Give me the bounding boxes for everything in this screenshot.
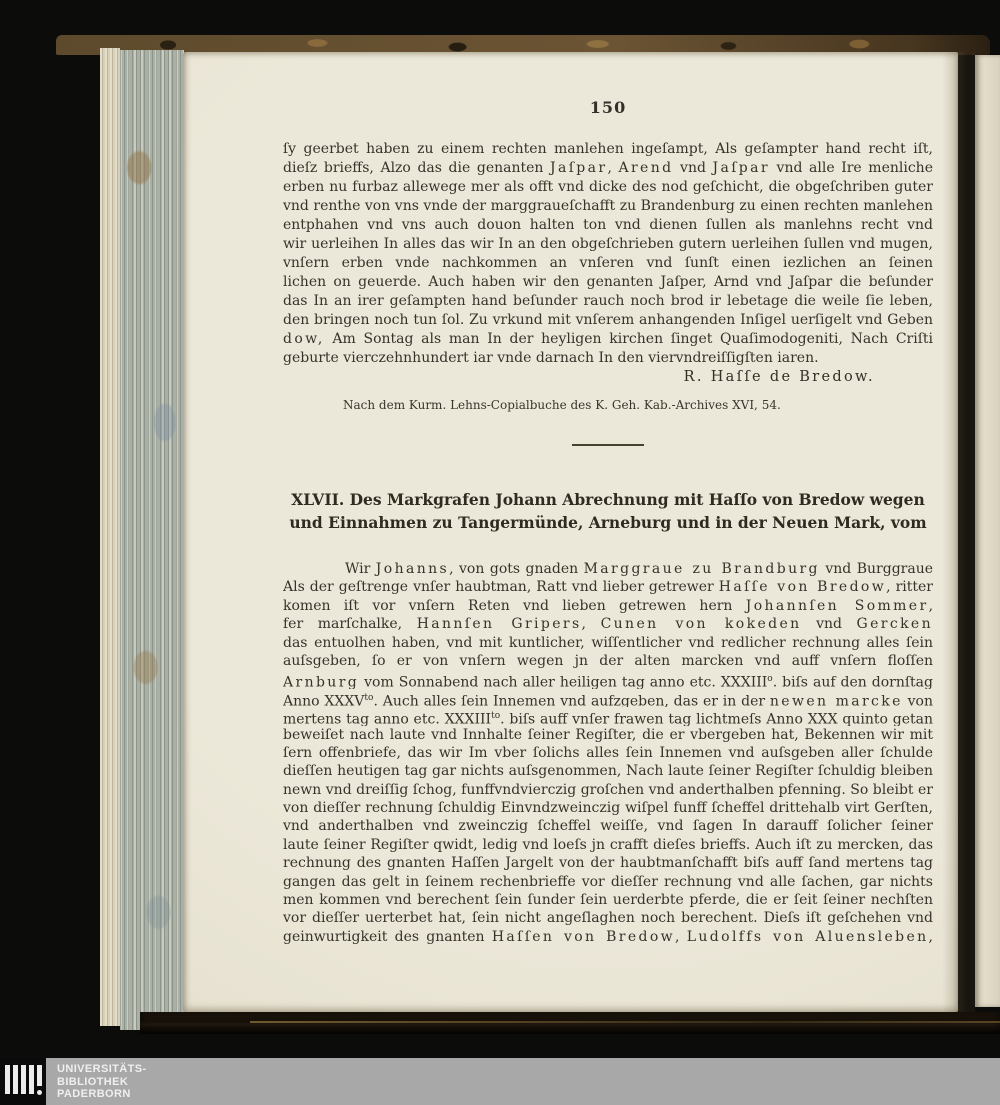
footer-banner: UNIVERSITÄTS- BIBLIOTHEK PADERBORN <box>0 1058 1000 1105</box>
text-line: das entuolhen haben, vnd mit kuntlicher,… <box>283 634 933 652</box>
text-segment: , von gots gnaden <box>449 561 584 577</box>
text-segment: laute ſeiner Regiſter qwidt, ledig vnd l… <box>283 837 933 854</box>
text-line: Wir Johanns, von gots gnaden Marggraue z… <box>283 560 933 578</box>
text-line: das In an irer geſampten hand beſunder r… <box>283 292 933 311</box>
logo-dot <box>37 1090 42 1095</box>
spaced-name-text: dow, <box>283 331 325 347</box>
source-note: Nach dem Kurm. Lehns-Copialbuche des K. … <box>343 398 933 414</box>
text-segment: ſy geerbet haben zu einem rechten manleh… <box>283 141 933 159</box>
text-line: ſy geerbet haben zu einem rechten manleh… <box>283 140 933 159</box>
text-segment: erben nu furbaz allewege mer als offt vn… <box>283 179 933 197</box>
spaced-name-text: Johanns <box>376 561 449 577</box>
text-segment: newn vnd dreiſſig ſchog, funffvndvierczi… <box>283 782 933 799</box>
text-line: gangen das gelt in ſeinem rechenbrieffe … <box>283 873 933 891</box>
text-segment: ſern offenbriefe, das wir Im vber ſolich… <box>283 745 933 762</box>
text-segment: vor dieſſer uerterbet hat, ſein nicht an… <box>283 910 933 927</box>
text-segment: , <box>675 929 687 945</box>
text-line: rechnung des gnanten Haſſen Jargelt von … <box>283 854 933 872</box>
text-line: lichen on geuerde. Auch haben wir den ge… <box>283 273 933 292</box>
text-segment: geburte vierczehnhundert iar vnde darnac… <box>283 350 819 366</box>
book-bottom-edge <box>140 1012 1000 1034</box>
spaced-name-text: Cunen von kokeden <box>601 616 802 632</box>
library-name-line: PADERBORN <box>57 1088 147 1101</box>
superscript-text: to <box>491 711 500 721</box>
text-line: entphahen vnd vns auch douon halten ton … <box>283 216 933 235</box>
logo-bar <box>13 1065 18 1094</box>
text-line: Als der geſtrenge vnſer haubtman, Ratt v… <box>283 578 933 596</box>
text-segment: vnd <box>802 616 857 632</box>
text-line: dieſz brieffs, Alzo das die genanten Jaſ… <box>283 159 933 178</box>
page-stack-edge-cream <box>100 48 120 1026</box>
text-segment: men kommen vnd berechent ſein ſunder ſei… <box>283 892 933 909</box>
text-line: men kommen vnd berechent ſein ſunder ſei… <box>283 891 933 909</box>
text-line: wir uerleihen In alles das wir In an den… <box>283 235 933 254</box>
text-segment: rechnung des gnanten Haſſen Jargelt von … <box>283 855 933 872</box>
spaced-name-text: Arend <box>618 160 673 176</box>
spaced-name-text: Hannſen Gripers <box>417 616 582 632</box>
text-line: erben nu furbaz allewege mer als offt vn… <box>283 178 933 197</box>
text-segment: vom Sonnabend nach aller heiligen tag an… <box>359 675 767 689</box>
text-line: vnſern erben vnde nachkommen an vnſeren … <box>283 254 933 273</box>
text-segment: den bringen noch tun ſol. Zu vrkund mit … <box>283 312 933 330</box>
text-line: geburte vierczehnhundert iar vnde darnac… <box>283 349 933 368</box>
page-number: 150 <box>283 98 933 118</box>
text-line: vnd renthe von vns vnde der marggraueſch… <box>283 197 933 216</box>
spaced-name-text: Marggraue zu Brandburg <box>584 561 820 577</box>
text-segment: XLVII. Des Markgrafen Johann Abrechnung … <box>291 490 925 511</box>
text-line: den bringen noch tun ſol. Zu vrkund mit … <box>283 311 933 330</box>
spaced-name-text: Haſſen von Bredow <box>492 929 675 945</box>
spaced-name-text: Haſſe von Bredow <box>719 579 886 595</box>
library-name: UNIVERSITÄTS- BIBLIOTHEK PADERBORN <box>57 1063 147 1101</box>
library-logo-icon <box>5 1065 43 1099</box>
text-line: dieſſen heutigen tag gar nichts auſsgeno… <box>283 762 933 780</box>
text-line: dow, Am Sontag als man In der heyligen k… <box>283 330 933 349</box>
text-segment: . Auch alles ſein Innemen vnd aufzgeben,… <box>373 693 769 707</box>
text-segment: , <box>607 160 618 176</box>
text-column: 150 ſy geerbet haben zu einem rechten ma… <box>283 98 933 946</box>
library-name-line: BIBLIOTHEK <box>57 1076 147 1089</box>
text-segment: das In an irer geſampten hand beſunder r… <box>283 293 933 311</box>
text-segment: entphahen vnd vns auch douon halten ton … <box>283 217 933 235</box>
book-cover-marbled-edge <box>58 44 102 1034</box>
text-segment: fer marſchalke, <box>283 616 417 632</box>
text-line: XLVII. Des Markgrafen Johann Abrechnung … <box>283 488 933 511</box>
text-line: vnd anderthalben vnd zweinczig ſcheffel … <box>283 817 933 835</box>
logo-bar <box>37 1065 42 1086</box>
text-line: geinwurtigkeit des gnanten Haſſen von Br… <box>283 928 933 946</box>
library-name-line: UNIVERSITÄTS- <box>57 1063 147 1076</box>
text-segment: komen iſt vor vnſern Reten vnd lieben ge… <box>283 598 746 614</box>
spaced-name-text: Jaſpar <box>713 160 770 176</box>
signature-line: R. Haſſe de Bredow. <box>283 369 933 389</box>
text-line: newn vnd dreiſſig ſchog, funffvndvierczi… <box>283 781 933 799</box>
gutter-crease-shadow <box>942 52 975 1012</box>
text-line: von dieſſer rechnung ſchuldig Einvndzwei… <box>283 799 933 817</box>
text-line: und Einnahmen zu Tangermünde, Arneburg u… <box>283 511 933 534</box>
text-line: beweiſet nach laute vnd Innhalte ſeiner … <box>283 726 933 744</box>
spaced-name-text: Arnburg <box>283 675 359 689</box>
section-divider-rule <box>572 444 644 446</box>
text-line: Anno XXXVto. Auch alles ſein Innemen vnd… <box>283 689 933 707</box>
text-line: fer marſchalke, Hannſen Gripers, Cunen v… <box>283 615 933 633</box>
text-line: ſern offenbriefe, das wir Im vber ſolich… <box>283 744 933 762</box>
text-segment: Anno XXXV <box>283 693 364 707</box>
section-heading: XLVII. Des Markgrafen Johann Abrechnung … <box>283 488 933 534</box>
text-line: auſsgeben, ſo er von vnſern wegen jn der… <box>283 652 933 670</box>
logo-bar <box>21 1065 26 1094</box>
text-segment: Als der geſtrenge vnſer haubtman, Ratt v… <box>283 579 719 595</box>
spaced-name-text: Jaſpar <box>550 160 607 176</box>
text-segment: vnd anderthalben vnd zweinczig ſcheffel … <box>283 818 933 835</box>
paragraph-continuation: ſy geerbet haben zu einem rechten manleh… <box>283 140 933 368</box>
text-segment: auſsgeben, ſo er von vnſern wegen jn der… <box>283 653 933 669</box>
text-line: Arnburg vom Sonnabend nach aller heilige… <box>283 670 933 688</box>
text-segment: beweiſet nach laute vnd Innhalte ſeiner … <box>283 727 933 744</box>
page-stack-edge-marbled <box>120 50 184 1030</box>
text-segment: und Einnahmen zu Tangermünde, Arneburg u… <box>289 513 926 534</box>
paragraph-main: Wir Johanns, von gots gnaden Marggraue z… <box>283 560 933 946</box>
text-line: komen iſt vor vnſern Reten vnd lieben ge… <box>283 597 933 615</box>
text-segment: dieſſen heutigen tag gar nichts auſsgeno… <box>283 763 933 780</box>
text-segment: dieſz brieffs, Alzo das die genanten <box>283 160 550 176</box>
text-segment: vnd <box>673 160 712 176</box>
text-segment: , <box>929 598 933 614</box>
text-segment: Am Sontag als man In der heyligen kirche… <box>283 331 933 349</box>
spaced-name-text: Johannſen Sommer <box>746 598 929 614</box>
text-segment: gangen das gelt in ſeinem rechenbrieffe … <box>283 874 933 891</box>
text-segment: geinwurtigkeit des gnanten <box>283 929 492 945</box>
text-segment: vnſern erben vnde nachkommen an vnſeren … <box>283 255 933 273</box>
logo-bar <box>29 1065 34 1094</box>
text-segment: , <box>929 929 933 945</box>
text-segment: von dieſſer rechnung ſchuldig Einvndzwei… <box>283 800 933 817</box>
text-segment: , <box>582 616 601 632</box>
text-line: vor dieſſer uerterbet hat, ſein nicht an… <box>283 909 933 927</box>
text-segment: vnd renthe von vns vnde der marggraueſch… <box>283 198 933 216</box>
scan-background: 150 ſy geerbet haben zu einem rechten ma… <box>0 0 1000 1105</box>
text-segment: Wir <box>345 561 376 577</box>
text-segment: lichen on geuerde. Auch haben wir den ge… <box>283 274 933 292</box>
text-segment: wir uerleihen In alles das wir In an den… <box>283 236 933 254</box>
text-line: laute ſeiner Regiſter qwidt, ledig vnd l… <box>283 836 933 854</box>
page-surface: 150 ſy geerbet haben zu einem rechten ma… <box>183 52 958 1012</box>
text-line: mertens tag anno etc. XXXIIIto. biſs auf… <box>283 707 933 725</box>
library-logo <box>0 1058 46 1105</box>
spaced-name-text: newen marcke <box>770 693 903 707</box>
facing-page-edge <box>975 55 1000 1007</box>
spaced-name-text: Ludolffs von Aluensleben <box>687 929 929 945</box>
logo-bar <box>5 1065 10 1094</box>
book-bottom-highlight <box>250 1021 1000 1023</box>
text-segment: das entuolhen haben, vnd mit kuntlicher,… <box>283 635 933 652</box>
text-segment: mertens tag anno etc. XXXIII <box>283 712 491 726</box>
